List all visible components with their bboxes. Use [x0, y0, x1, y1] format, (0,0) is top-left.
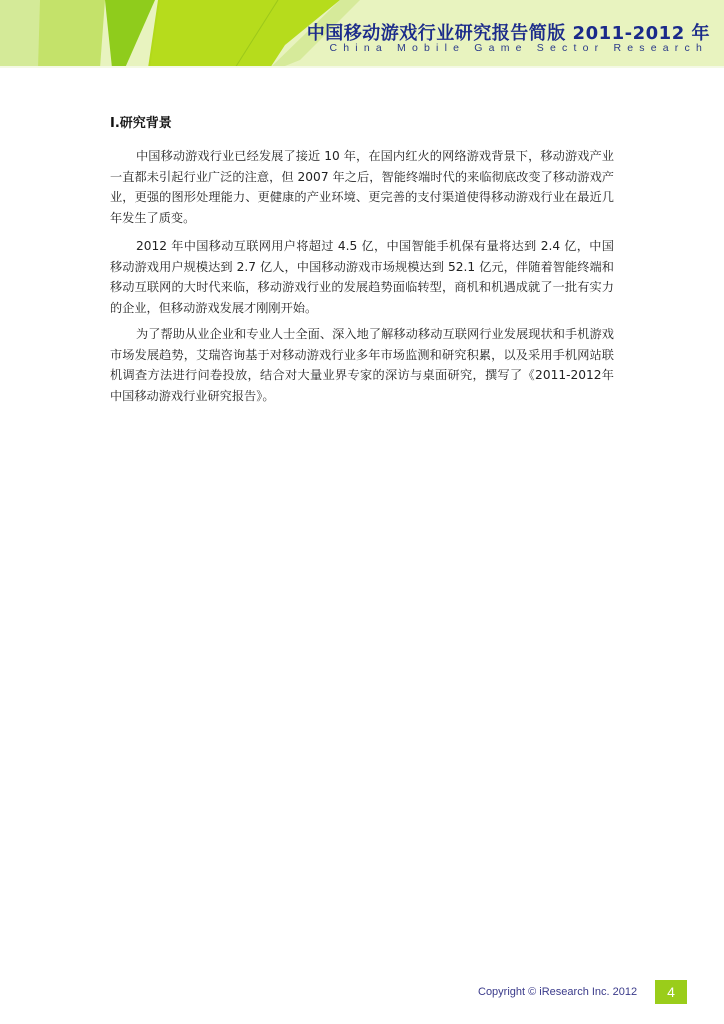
section-heading: I.研究背景: [110, 112, 172, 131]
page-number-badge: 4: [655, 980, 687, 1004]
report-subtitle: China Mobile Game Sector Research: [329, 42, 708, 54]
paragraph: 中国移动游戏行业已经发展了接近 10 年，在国内红火的网络游戏背景下，移动游戏产…: [110, 146, 614, 228]
paragraph: 为了帮助从业企业和专业人士全面、深入地了解移动移动互联网行业发展现状和手机游戏市…: [110, 324, 614, 406]
paragraph: 2012 年中国移动互联网用户将超过 4.5 亿，中国智能手机保有量将达到 2.…: [110, 236, 614, 318]
copyright-text: Copyright © iResearch Inc. 2012: [478, 986, 637, 998]
page-header: 中国移动游戏行业研究报告简版 2011-2012 年 China Mobile …: [0, 0, 724, 68]
